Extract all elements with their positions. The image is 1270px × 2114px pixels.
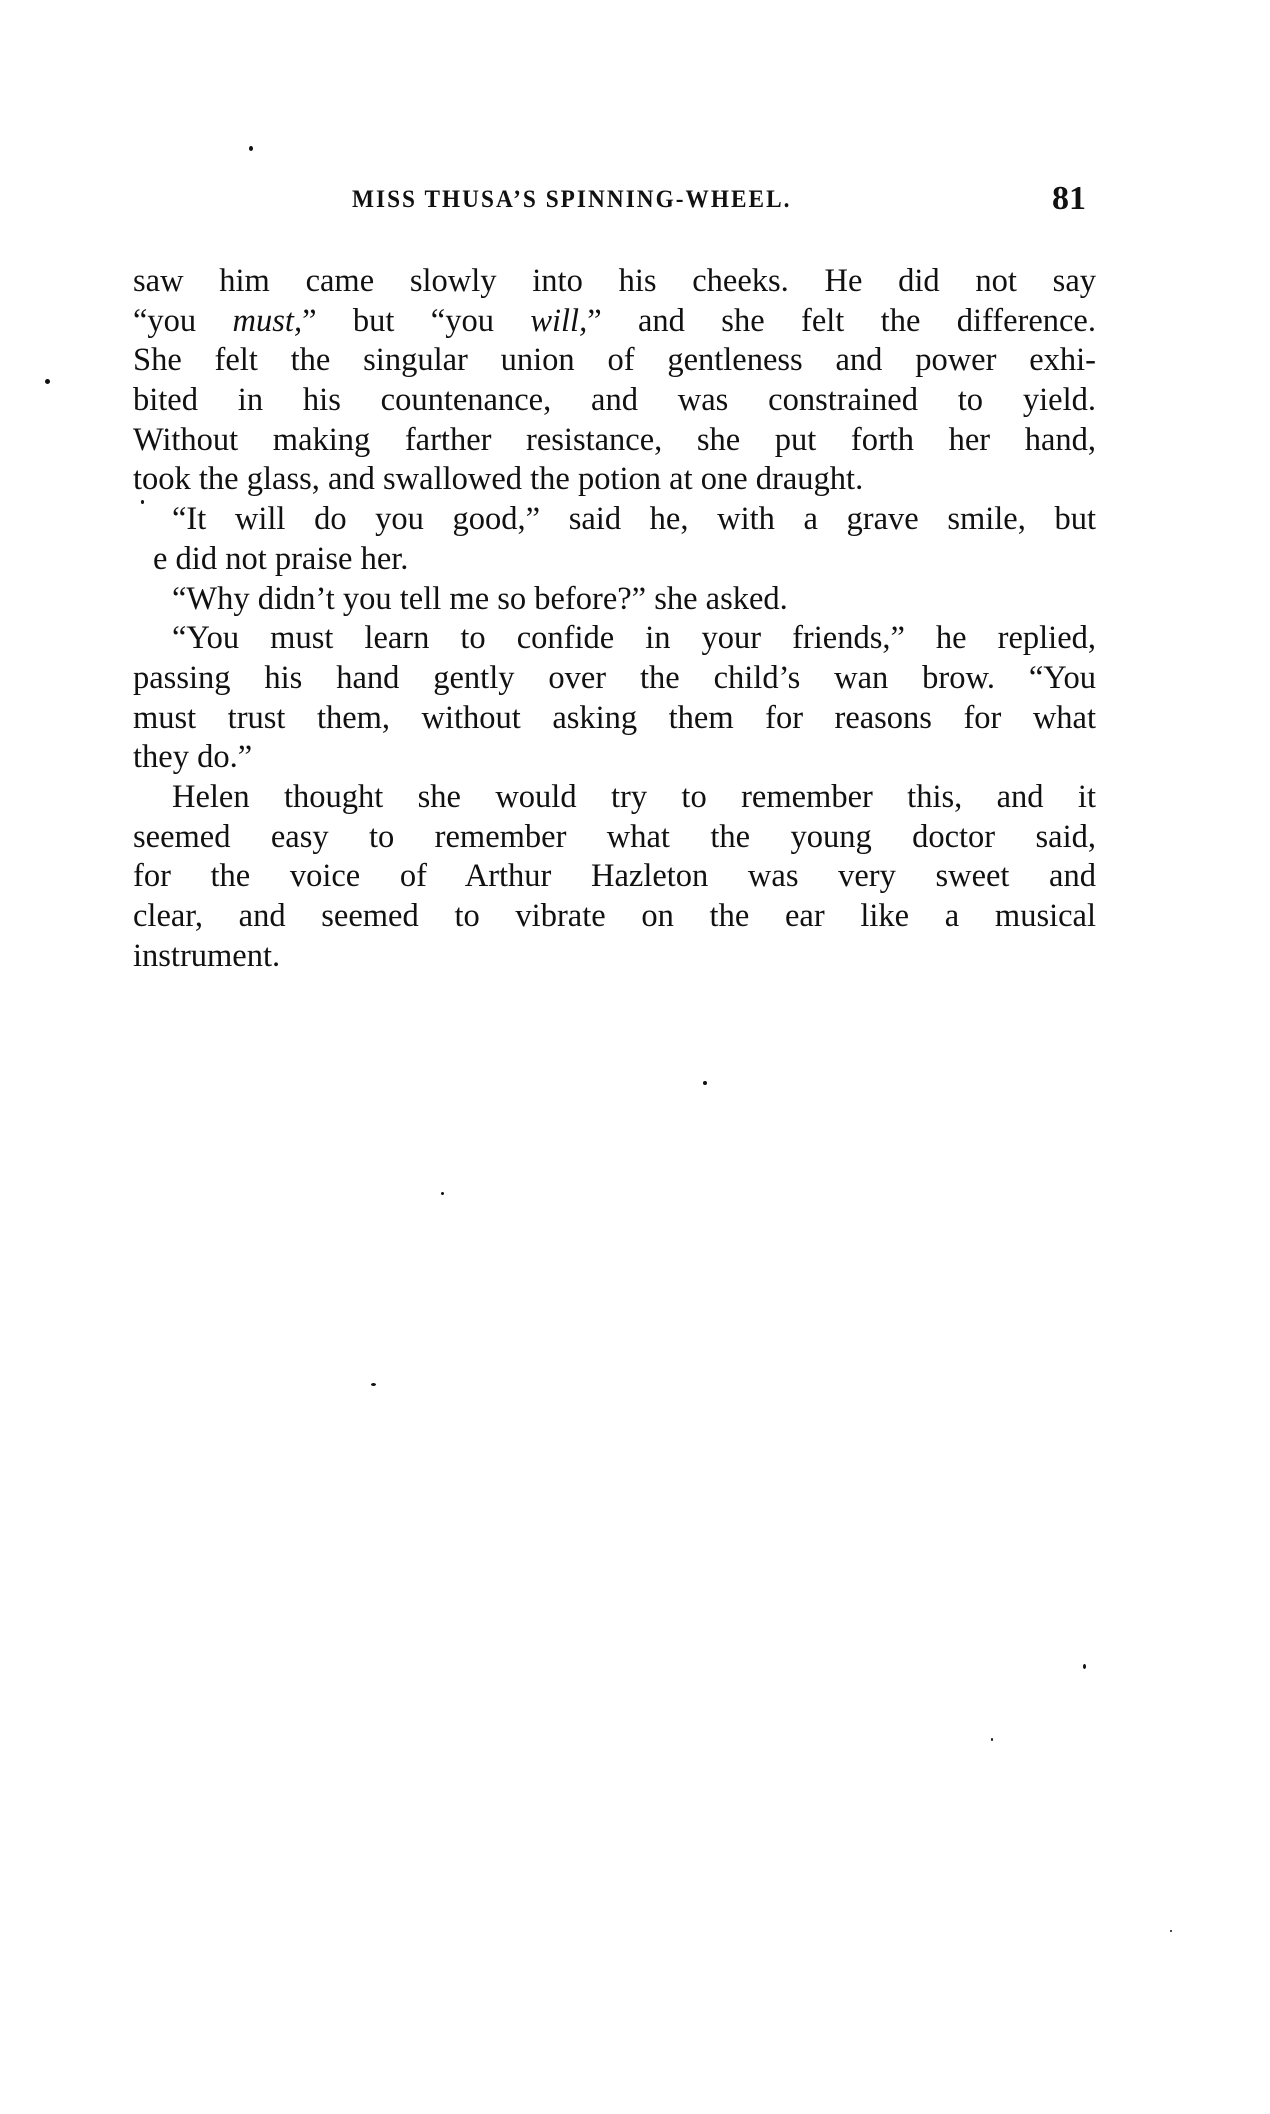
- text-line: for the voice of Arthur Hazleton was ver…: [133, 857, 1096, 897]
- text-line: e did not praise her.: [133, 540, 1096, 580]
- text-line: seemed easy to remember what the young d…: [133, 818, 1096, 858]
- text-line: “It will do you good,” said he, with a g…: [133, 500, 1096, 540]
- paragraph-5: Helen thought she would try to remember …: [133, 778, 1096, 976]
- scan-speck: [991, 1738, 993, 1741]
- text-line: Helen thought she would try to remember …: [133, 778, 1096, 818]
- text-line: passing his hand gently over the child’s…: [133, 659, 1096, 699]
- scan-speck: [45, 379, 50, 384]
- book-page: MISS THUSA’S SPINNING-WHEEL. 81 saw him …: [0, 0, 1270, 2114]
- text-line: clear, and seemed to vibrate on the ear …: [133, 897, 1096, 937]
- text-line: She felt the singular union of gentlenes…: [133, 341, 1096, 381]
- text-line: must trust them, without asking them for…: [133, 699, 1096, 739]
- text-line: “Why didn’t you tell me so before?” she …: [133, 580, 1096, 620]
- page-number: 81: [1052, 181, 1086, 217]
- paragraph-2: “It will do you good,” said he, with a g…: [133, 500, 1096, 579]
- emphasis-will: will,: [530, 303, 587, 339]
- paragraph-1: saw him came slowly into his cheeks. He …: [133, 262, 1096, 500]
- scan-speck: [703, 1081, 707, 1085]
- scan-speck: [371, 1383, 376, 1386]
- body-text: saw him came slowly into his cheeks. He …: [133, 262, 1096, 976]
- paragraph-4: “You must learn to confide in your frien…: [133, 619, 1096, 778]
- text-line: saw him came slowly into his cheeks. He …: [133, 262, 1096, 302]
- scan-speck: [441, 1192, 444, 1195]
- text-line: “You must learn to confide in your frien…: [133, 619, 1096, 659]
- running-header: MISS THUSA’S SPINNING-WHEEL. 81: [352, 183, 1092, 217]
- scan-speck: [1083, 1664, 1086, 1669]
- paragraph-3: “Why didn’t you tell me so before?” she …: [133, 580, 1096, 620]
- running-title: MISS THUSA’S SPINNING-WHEEL.: [352, 183, 791, 217]
- text-line: Without making farther resistance, she p…: [133, 421, 1096, 461]
- text-line: bited in his countenance, and was constr…: [133, 381, 1096, 421]
- text-line: “you must,” but “you will,” and she felt…: [133, 302, 1096, 342]
- scan-speck: [249, 146, 253, 151]
- text-line: they do.”: [133, 738, 1096, 778]
- scan-speck: [1170, 1930, 1172, 1932]
- scan-speck: [141, 500, 144, 504]
- emphasis-must: must,: [233, 303, 303, 339]
- text-line: instrument.: [133, 937, 1096, 977]
- text-line: took the glass, and swallowed the potion…: [133, 460, 1096, 500]
